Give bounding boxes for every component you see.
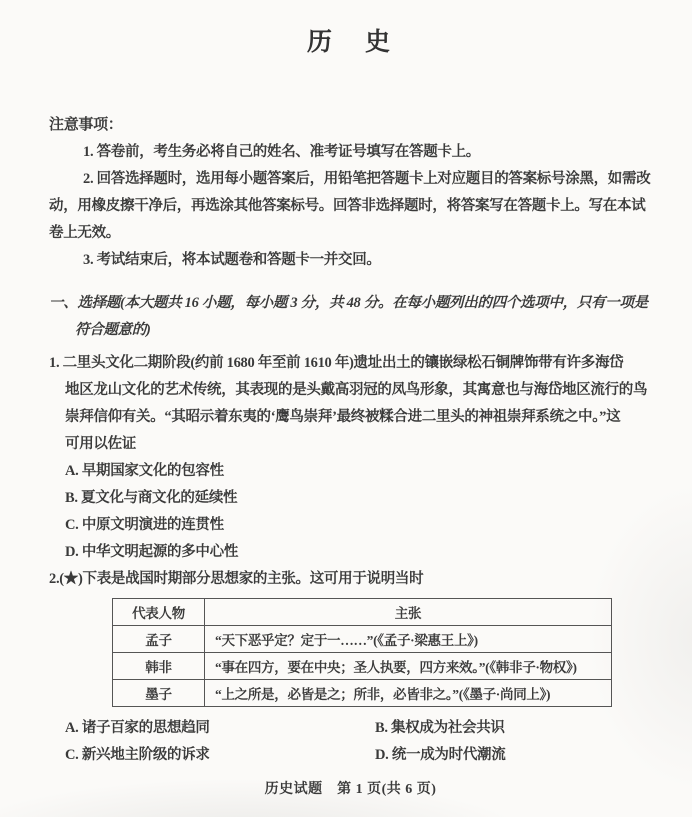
table-cell-person-mozi: 墨子 <box>113 680 205 707</box>
page-title: 历 史 <box>49 18 652 60</box>
table-cell-claim-mozi: “上之所是，必皆是之；所非，必皆非之。”(《墨子·尚同上》) <box>205 680 612 707</box>
question-2-option-a: A. 诸子百家的思想趋同 <box>65 715 375 742</box>
question-2-options: A. 诸子百家的思想趋同 B. 集权成为社会共识 C. 新兴地主阶级的诉求 D.… <box>65 715 652 769</box>
question-2: 2.(★)下表是战国时期部分思想家的主张。这可用于说明当时 代表人物 主张 孟子… <box>49 566 652 769</box>
notice-item-1: 1. 答卷前，考生务必将自己的姓名、准考证号填写在答题卡上。 <box>49 139 652 166</box>
table-row-hanfei: 韩非 “事在四方，要在中央；圣人执要，四方来效。”(《韩非子·物权》) <box>113 653 612 680</box>
question-1-option-a: A. 早期国家文化的包容性 <box>65 458 652 485</box>
question-1-line-4: 可用以佐证 <box>65 431 652 458</box>
section-header-choice-questions: 一、选择题(本大题共 16 小题，每小题 3 分，共 48 分。在每小题列出的四… <box>49 290 652 344</box>
table-cell-person-mengzi: 孟子 <box>113 626 205 653</box>
table-cell-claim-hanfei: “事在四方，要在中央；圣人执要，四方来效。”(《韩非子·物权》) <box>205 653 612 680</box>
table-cell-claim-mengzi: “天下恶乎定？定于一……”(《孟子·梁惠王上》) <box>205 626 612 653</box>
question-1-option-b: B. 夏文化与商文化的延续性 <box>65 485 652 512</box>
question-2-option-c: C. 新兴地主阶级的诉求 <box>65 742 375 769</box>
question-1-line-1: 1. 二里头文化二期阶段(约前 1680 年至前 1610 年)遗址出土的镶嵌绿… <box>65 350 652 377</box>
question-1-line-3: 崇拜信仰有关。“其昭示着东夷的‘鹰鸟崇拜’最终被糅合进二里头的神祖崇拜系统之中。… <box>65 404 652 431</box>
table-header-claim: 主张 <box>205 599 612 626</box>
thinkers-table: 代表人物 主张 孟子 “天下恶乎定？定于一……”(《孟子·梁惠王上》) 韩非 “… <box>112 598 612 707</box>
section-header-line-1: 一、选择题(本大题共 16 小题，每小题 3 分，共 48 分。在每小题列出的四… <box>49 290 652 317</box>
table-row-mozi: 墨子 “上之所是，必皆是之；所非，必皆非之。”(《墨子·尚同上》) <box>113 680 612 707</box>
section-header-line-2: 符合题意的) <box>49 317 652 344</box>
question-1-line-2: 地区龙山文化的艺术传统，其表现的是头戴高羽冠的凤鸟形象，其寓意也与海岱地区流行的… <box>65 377 652 404</box>
notice-item-2-line-1: 2. 回答选择题时，选用每小题答案后，用铅笔把答题卡上对应题目的答案标号涂黑，如… <box>49 166 652 193</box>
question-1: 1. 二里头文化二期阶段(约前 1680 年至前 1610 年)遗址出土的镶嵌绿… <box>49 350 652 566</box>
table-header-row: 代表人物 主张 <box>113 599 612 626</box>
notice-heading: 注意事项： <box>49 112 652 139</box>
question-1-option-d: D. 中华文明起源的多中心性 <box>65 539 652 566</box>
table-cell-person-hanfei: 韩非 <box>113 653 205 680</box>
notice-item-2-line-2: 动，用橡皮擦干净后，再选涂其他答案标号。回答非选择题时，将答案写在答题卡上。写在… <box>49 193 652 220</box>
exam-page: 历 史 注意事项： 1. 答卷前，考生务必将自己的姓名、准考证号填写在答题卡上。… <box>0 0 692 817</box>
notice-item-2-line-3: 卷上无效。 <box>49 220 652 247</box>
question-2-stem: 2.(★)下表是战国时期部分思想家的主张。这可用于说明当时 <box>65 566 652 593</box>
question-2-option-b: B. 集权成为社会共识 <box>375 715 652 742</box>
table-header-person: 代表人物 <box>113 599 205 626</box>
table-row-mengzi: 孟子 “天下恶乎定？定于一……”(《孟子·梁惠王上》) <box>113 626 612 653</box>
question-1-option-c: C. 中原文明演进的连贯性 <box>65 512 652 539</box>
question-1-options: A. 早期国家文化的包容性 B. 夏文化与商文化的延续性 C. 中原文明演进的连… <box>65 458 652 566</box>
question-2-option-d: D. 统一成为时代潮流 <box>375 742 652 769</box>
notice-section: 注意事项： 1. 答卷前，考生务必将自己的姓名、准考证号填写在答题卡上。 2. … <box>49 112 652 274</box>
page-footer: 历史试题 第 1 页(共 6 页) <box>49 778 652 798</box>
notice-item-3: 3. 考试结束后，将本试题卷和答题卡一并交回。 <box>49 247 652 274</box>
